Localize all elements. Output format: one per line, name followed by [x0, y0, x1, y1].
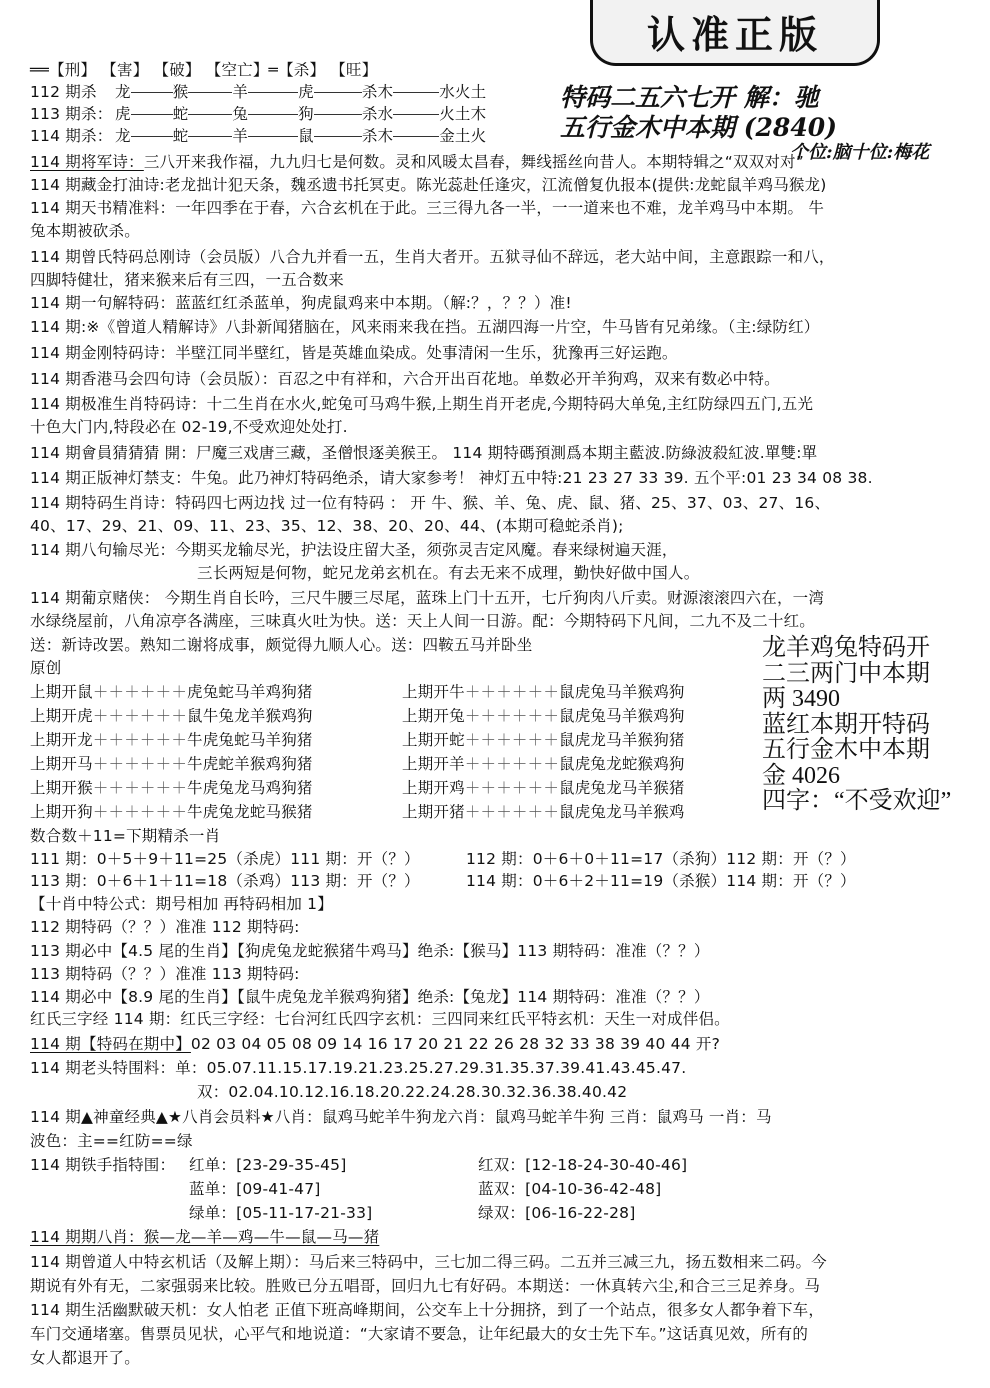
poem-line: 114 期特码生肖诗：特码四七两边找 过一位有特码 ： 开 牛、猴、羊、兔、虎、…: [30, 492, 830, 514]
po: 羊: [232, 83, 248, 101]
dash: [393, 114, 439, 115]
poem-line: 114 期一句解特码：蓝蓝红红杀蓝单，狗虎鼠鸡来中本期。（解:？，？？）准!: [30, 292, 572, 314]
result: 鼠虎兔龙蛇猴鸡狗: [559, 755, 685, 773]
dash: [131, 136, 173, 137]
kill-row: 113 期杀：虎蛇兔狗杀水火土木: [30, 103, 486, 125]
wang: 金土火: [439, 127, 486, 145]
kill-row: 114 期杀：龙蛇羊鼠杀木金土火: [30, 125, 486, 147]
eight-zodiac-line: 114 期期八肖：猴—龙—羊—鸡—牛—鼠—马—猪: [30, 1226, 379, 1248]
last-period-row: 上期开龙＋＋＋＋＋＋牛虎兔蛇马羊狗猪: [30, 729, 313, 751]
in-period-numbers: 02 03 04 05 08 09 14 16 17 20 21 22 26 2…: [191, 1035, 720, 1053]
period: 113 期杀：: [30, 103, 115, 125]
poem-line: 114 期金刚特码诗：半壁江同半壁红，皆是英雄血染成。处事清闲一生乐，犹豫再三好…: [30, 342, 678, 364]
sha: 杀水: [362, 105, 393, 123]
xing: 龙: [115, 127, 131, 145]
label: 上期开龙: [30, 731, 93, 749]
result: 鼠虎兔马羊猴鸡狗: [559, 707, 685, 725]
dash: [393, 92, 439, 93]
plus: ＋＋＋＋＋＋: [93, 755, 187, 773]
closing-line: 114 期生活幽默破天机：女人怕老 正值下班高峰期间，公交车上十分拥挤，到了一个…: [30, 1299, 824, 1321]
last-period-row: 上期开狗＋＋＋＋＋＋牛虎兔龙蛇马猴猪: [30, 801, 313, 823]
plus: ＋＋＋＋＋＋: [465, 683, 559, 701]
result: 虎兔蛇马羊鸡狗猪: [187, 683, 313, 701]
last-period-row: 上期开马＋＋＋＋＋＋牛虎蛇羊猴鸡狗猪: [30, 753, 313, 775]
iron-finger-a: 红单：[23-29-35-45]: [189, 1154, 346, 1176]
plus: ＋＋＋＋＋＋: [93, 683, 187, 701]
kill-row: 112 期杀龙猴羊虎杀木水火土: [30, 81, 486, 103]
plus: ＋＋＋＋＋＋: [465, 707, 559, 725]
last-period-row: 上期开羊＋＋＋＋＋＋鼠虎兔龙蛇猴鸡狗: [402, 753, 685, 775]
dash: [248, 136, 298, 137]
iron-finger-b: 绿双：[06-16-22-28]: [478, 1202, 635, 1224]
side-tip-line: 五行金木中本期: [762, 738, 951, 764]
ten-zodiac-line: 113 期特码（？？）准准 113 期特码:: [30, 963, 300, 985]
poem-line: 十色大门内,特段必在 02-19,不受欢迎处处打.: [30, 416, 348, 438]
side-tip-line: 龙羊鸡兔特码开: [762, 636, 951, 662]
plus: ＋＋＋＋＋＋: [465, 803, 559, 821]
ten-zodiac-line: 113 期必中【4.5 尾的生肖】【狗虎兔龙蛇猴猪牛鸡马】绝杀:【猴马】113 …: [30, 940, 710, 962]
poem-label: 114 期将军诗：: [30, 153, 144, 171]
poem-line: 三长两短是何物，蛇兄龙弟玄机在。有去无来不成理，勤快好做中国人。: [197, 562, 699, 584]
label: 上期开牛: [402, 683, 465, 701]
dash: [314, 136, 362, 137]
result: 鼠虎龙马羊猴狗猪: [559, 731, 685, 749]
label: 上期开兔: [402, 707, 465, 725]
label: 上期开蛇: [402, 731, 465, 749]
in-period-label: 114 期【特码在期中】: [30, 1035, 191, 1053]
formula-row-right: 114 期：0＋6＋2＋11=19（杀猴）114 期：开（？）: [466, 870, 856, 892]
shentong-line: 114 期▲神童经典▲★八肖会员料★八肖：鼠鸡马蛇羊牛狗龙六肖：鼠鸡马蛇羊牛狗 …: [30, 1106, 772, 1128]
poem-line: 114 期天书精准料：一年四季在于春，六合玄机在于此。三三得九各一半，一一道来也…: [30, 197, 824, 219]
plus: ＋＋＋＋＋＋: [93, 803, 187, 821]
poem-line: 114 期葡京赌侠： 今期生肖自长吟，三尺牛腰三尽尾，蓝珠上门十五开，七斤狗肉八…: [30, 587, 824, 609]
sha: 杀木: [362, 83, 393, 101]
label: 上期开虎: [30, 707, 93, 725]
hai: 猴: [173, 83, 189, 101]
logo-text: 认准正版: [647, 4, 823, 59]
result: 鼠虎兔马羊猴鸡狗: [559, 683, 685, 701]
poem-line: 114 期:※《曾道人精解诗》八卦新闻猪脑在，风来雨来我在挡。五湖四海一片空，牛…: [30, 316, 820, 338]
formula-row-left: 113 期：0＋6＋1＋11=18（杀鸡）113 期：开（？）: [30, 870, 420, 892]
wave-color-line: 波色：主==红防==绿: [30, 1130, 193, 1152]
side-tip-line: 两 3490: [762, 687, 951, 713]
plus: ＋＋＋＋＋＋: [93, 731, 187, 749]
label: 上期开狗: [30, 803, 93, 821]
poem-line: 114 期八句输尽光：今期买龙输尽光，护法设庄留大圣，须弥灵吉定风魔。春来绿树遍…: [30, 539, 678, 561]
last-period-row: 上期开鸡＋＋＋＋＋＋鼠虎兔龙马羊猴猪: [402, 777, 685, 799]
poem-line: 40、17、29、21、09、11、23、35、12、38、20、20、44、(…: [30, 515, 624, 537]
kongwang: 狗: [298, 105, 314, 123]
result: 牛虎蛇羊猴鸡狗猪: [187, 755, 313, 773]
poem-line: 水绿绕屋前，八角凉亭各满座，三味真火吐为快。送：天上人间一日游。配：今期特码下凡…: [30, 610, 815, 632]
iron-finger-a: 绿单：[05-11-17-21-33]: [189, 1202, 372, 1224]
hai: 蛇: [173, 105, 189, 123]
closing-line: 期说有外有无，二家强弱来比较。胜败已分五唱哥，回归九七有好码。本期送：一休真转六…: [30, 1275, 820, 1297]
dash: [393, 136, 439, 137]
dash: [314, 92, 362, 93]
wang: 水火土: [439, 83, 486, 101]
poem-line: 四脚特健壮，猪来猴来后有三四，一五合数来: [30, 269, 344, 291]
authentic-edition-logo: 认准正版: [590, 0, 880, 66]
old-man-odd: 114 期老头特围料：单：05.07.11.15.17.19.21.23.25.…: [30, 1057, 686, 1079]
last-period-row: 上期开猴＋＋＋＋＋＋牛虎兔龙马鸡狗猪: [30, 777, 313, 799]
xing: 虎: [115, 105, 131, 123]
old-man-odd-values: 单：05.07.11.15.17.19.21.23.25.27.29.31.35…: [175, 1059, 686, 1077]
kill-table-header: ══【刑】 【害】 【破】 【空亡】═【杀】 【旺】: [30, 59, 377, 81]
closing-line: 114 期曾道人中特玄机话（及解上期）：马后来三特码中，三七加二得三码。二五并三…: [30, 1251, 827, 1273]
last-period-row: 上期开猪＋＋＋＋＋＋鼠虎兔龙马羊猴鸡: [402, 801, 685, 823]
poem-line: 原创: [30, 657, 61, 679]
poem-line: 兔本期被砍杀。: [30, 220, 140, 242]
period: 112 期杀: [30, 81, 115, 103]
wang: 火土木: [439, 105, 486, 123]
plus: ＋＋＋＋＋＋: [465, 731, 559, 749]
iron-finger-label: 114 期铁手指特围：: [30, 1154, 175, 1176]
dash: [131, 92, 173, 93]
formula-row-right: 112 期：0＋6＋0＋11=17（杀狗）112 期：开（？）: [466, 848, 856, 870]
dash: [248, 92, 298, 93]
plus: ＋＋＋＋＋＋: [465, 779, 559, 797]
result: 鼠虎兔龙马羊猴猪: [559, 779, 685, 797]
xing: 龙: [115, 83, 131, 101]
plus: ＋＋＋＋＋＋: [93, 779, 187, 797]
handwritten-line-3: 个位:脑十位:梅花: [790, 138, 929, 164]
last-period-row: 上期开蛇＋＋＋＋＋＋鼠虎龙马羊猴狗猪: [402, 729, 685, 751]
side-tip-line: 蓝红本期开特码: [762, 713, 951, 739]
side-tip-line: 二三两门中本期: [762, 662, 951, 688]
poem-line: 送：新诗改罢。熟知二谢将成事，颇觉得九顺人心。送：四鞍五马并卧坐: [30, 634, 532, 656]
result: 鼠牛兔龙羊猴鸡狗: [187, 707, 313, 725]
label: 上期开马: [30, 755, 93, 773]
kongwang: 虎: [298, 83, 314, 101]
result: 牛虎兔龙蛇马猴猪: [187, 803, 313, 821]
label: 上期开猴: [30, 779, 93, 797]
sha: 杀木: [362, 127, 393, 145]
dash: [131, 114, 173, 115]
iron-finger-b: 红双：[12-18-24-30-40-46]: [478, 1154, 687, 1176]
in-period-line: 114 期【特码在期中】02 03 04 05 08 09 14 16 17 2…: [30, 1033, 720, 1055]
ten-zodiac-line: 112 期特码（？？）准准 112 期特码:: [30, 916, 300, 938]
ten-zodiac-line: 红氏三字经 114 期：红氏三字经：七台河红氏四字玄机：三四同来红氏平特玄机：天…: [30, 1008, 730, 1030]
poem-text: 三八开来我作福，九九归七是何数。灵和风暖太昌春，舞线摇丝向昔人。本期特辑之“双双…: [144, 153, 804, 171]
dash: [188, 114, 232, 115]
dash: [188, 136, 232, 137]
last-period-row: 上期开虎＋＋＋＋＋＋鼠牛兔龙羊猴鸡狗: [30, 705, 313, 727]
side-tip-line: 四字：“不受欢迎”: [762, 789, 951, 815]
label: 上期开鼠: [30, 683, 93, 701]
result: 牛虎兔蛇马羊狗猪: [187, 731, 313, 749]
poem-line: 114 期正版神灯禁支：牛兔。此乃神灯特码绝杀，请大家参考！ 神灯五中特:21 …: [30, 467, 873, 489]
iron-finger-a: 蓝单：[09-41-47]: [189, 1178, 321, 1200]
ten-zodiac-line: 114 期必中【8.9 尾的生肖】【鼠牛虎兔龙羊猴鸡狗猪】绝杀:【兔龙】114 …: [30, 986, 710, 1008]
last-period-row: 上期开牛＋＋＋＋＋＋鼠虎兔马羊猴鸡狗: [402, 681, 685, 703]
dash: [188, 92, 232, 93]
plus: ＋＋＋＋＋＋: [93, 707, 187, 725]
po: 兔: [232, 105, 248, 123]
old-man-label: 114 期老头特围料：: [30, 1059, 175, 1077]
poem-line: 114 期曾氏特码总刚诗（会员版）八合九并看一五，生肖大者开。五狱寻仙不辞远，老…: [30, 246, 835, 268]
result: 牛虎兔龙马鸡狗猪: [187, 779, 313, 797]
result: 鼠虎兔龙马羊猴鸡: [559, 803, 685, 821]
old-man-even: 双：02.04.10.12.16.18.20.22.24.28.30.32.36…: [197, 1081, 627, 1103]
period: 114 期杀：: [30, 125, 115, 147]
dash: [314, 114, 362, 115]
label: 上期开鸡: [402, 779, 465, 797]
poem-line: 114 期藏金打油诗:老龙拙计犯天条，魏丞遗书托冥吏。陈光蕊赴任逢灾，江流僧复仇…: [30, 174, 827, 196]
po: 羊: [232, 127, 248, 145]
formula-title: 数合数＋11=下期精杀一肖: [30, 825, 220, 847]
ten-zodiac-line: 【十肖中特公式：期号相加 再特码相加 1】: [30, 893, 333, 915]
poem-line: 114 期将军诗：三八开来我作福，九九归七是何数。灵和风暖太昌春，舞线摇丝向昔人…: [30, 151, 804, 173]
kongwang: 鼠: [298, 127, 314, 145]
label: 上期开羊: [402, 755, 465, 773]
last-period-row: 上期开兔＋＋＋＋＋＋鼠虎兔马羊猴鸡狗: [402, 705, 685, 727]
plus: ＋＋＋＋＋＋: [465, 755, 559, 773]
side-tip-line: 金 4026: [762, 764, 951, 790]
dash: [248, 114, 298, 115]
poem-line: 114 期會員猜猜猜 開：尸魔三戏唐三藏，圣僧恨逐美猴王。 114 期特碼預測爲…: [30, 442, 817, 464]
closing-line: 女人都退开了。: [30, 1347, 140, 1369]
side-tip-box: 龙羊鸡兔特码开 二三两门中本期 两 3490 蓝红本期开特码 五行金木中本期 金…: [762, 636, 951, 815]
label: 上期开猪: [402, 803, 465, 821]
poem-line: 114 期极准生肖特码诗：十二生肖在水火,蛇兔可马鸡牛猴,上期生肖开老虎,今期特…: [30, 393, 813, 415]
closing-line: 车门交通堵塞。售票员见状，心平气和地说道：“大家请不要急，让年纪最大的女士先下车…: [30, 1323, 808, 1345]
last-period-row: 上期开鼠＋＋＋＋＋＋虎兔蛇马羊鸡狗猪: [30, 681, 313, 703]
hai: 蛇: [173, 127, 189, 145]
iron-finger-b: 蓝双：[04-10-36-42-48]: [478, 1178, 661, 1200]
poem-line: 114 期香港马会四句诗（会员版）：百忍之中有祥和，六合开出百花地。单数必开羊狗…: [30, 368, 780, 390]
formula-row-left: 111 期：0＋5＋9＋11=25（杀虎）111 期：开（？）: [30, 848, 420, 870]
